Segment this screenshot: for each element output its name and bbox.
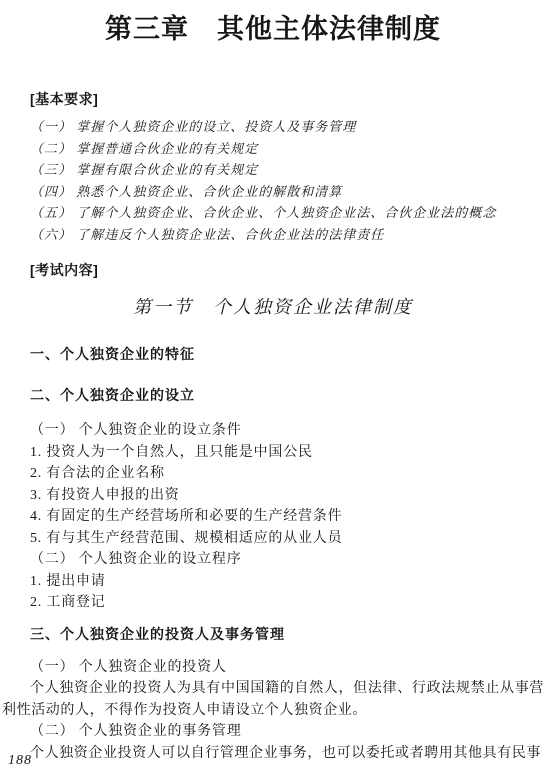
requirement-item: （三） 掌握有限合伙企业的有关规定 <box>2 159 544 181</box>
exam-content-label: [考试内容] <box>2 262 544 278</box>
investor-subtitle: （一） 个人独资企业的投资人 <box>2 657 544 679</box>
procedure-item: 2. 工商登记 <box>2 592 544 614</box>
establishment-block: （一） 个人独资企业的设立条件 1. 投资人为一个自然人，且只能是中国公民 2.… <box>2 420 544 614</box>
condition-item: 5. 有与其生产经营范围、规模相适应的从业人员 <box>2 528 544 550</box>
procedure-item: 1. 提出申请 <box>2 571 544 593</box>
textbook-page: 第三章 其他主体法律制度 [基本要求] （一） 掌握个人独资企业的设立、投资人及… <box>0 0 546 780</box>
heading-features: 一、个人独资企业的特征 <box>2 347 544 362</box>
condition-item: 3. 有投资人申报的出资 <box>2 485 544 507</box>
requirement-item: （二） 掌握普通合伙企业的有关规定 <box>2 138 544 160</box>
basic-requirements-label: [基本要求] <box>2 91 544 107</box>
heading-investors-management: 三、个人独资企业的投资人及事务管理 <box>2 627 544 642</box>
requirement-item: （六） 了解违反个人独资企业法、合伙企业法的法律责任 <box>2 224 544 246</box>
page-number: 188 <box>8 753 32 769</box>
investors-block: （一） 个人独资企业的投资人 个人独资企业的投资人为具有中国国籍的自然人，但法律… <box>2 657 544 765</box>
section-title: 第一节 个人独资企业法律制度 <box>2 296 544 318</box>
requirement-item: （五） 了解个人独资企业、合伙企业、个人独资企业法、合伙企业法的概念 <box>2 202 544 224</box>
heading-establishment: 二、个人独资企业的设立 <box>2 388 544 403</box>
procedure-subtitle: （二） 个人独资企业的设立程序 <box>2 549 544 571</box>
management-paragraph: 个人独资企业投资人可以自行管理企业事务，也可以委托或者聘用其他具有民事 <box>2 743 544 765</box>
management-subtitle: （二） 个人独资企业的事务管理 <box>2 721 544 743</box>
conditions-subtitle: （一） 个人独资企业的设立条件 <box>2 420 544 442</box>
chapter-title: 第三章 其他主体法律制度 <box>2 0 544 46</box>
requirement-item: （一） 掌握个人独资企业的设立、投资人及事务管理 <box>2 116 544 138</box>
requirement-item: （四） 熟悉个人独资企业、合伙企业的解散和清算 <box>2 181 544 203</box>
condition-item: 2. 有合法的企业名称 <box>2 463 544 485</box>
basic-requirements-list: （一） 掌握个人独资企业的设立、投资人及事务管理 （二） 掌握普通合伙企业的有关… <box>2 116 544 245</box>
investor-paragraph: 个人独资企业的投资人为具有中国国籍的自然人，但法律、行政法规禁止从事营利性活动的… <box>2 678 544 721</box>
condition-item: 1. 投资人为一个自然人，且只能是中国公民 <box>2 442 544 464</box>
condition-item: 4. 有固定的生产经营场所和必要的生产经营条件 <box>2 506 544 528</box>
